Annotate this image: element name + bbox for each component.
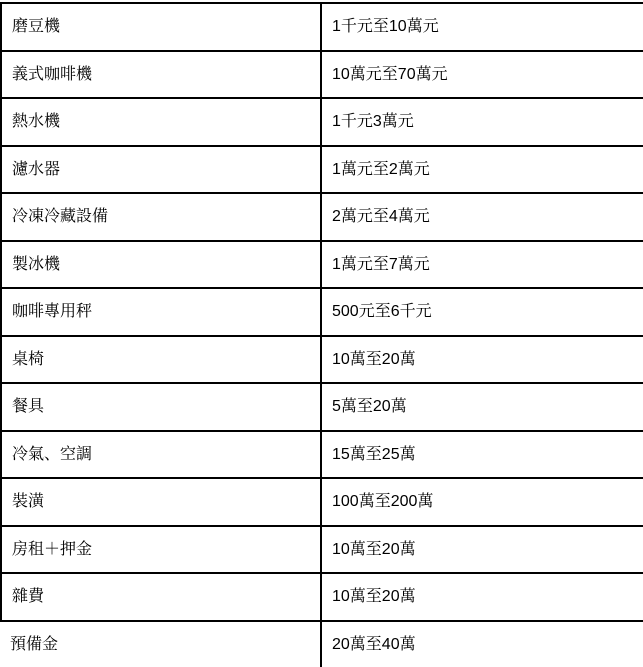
cost-value: 10萬至20萬 (332, 587, 416, 606)
table-row: 義式咖啡機 10萬元至70萬元 (0, 52, 643, 100)
table-row: 桌椅 10萬至20萬 (0, 337, 643, 385)
cost-value: 2萬元至4萬元 (332, 207, 430, 226)
table-row: 房租＋押金 10萬至20萬 (0, 527, 643, 575)
item-cell: 義式咖啡機 (2, 52, 322, 98)
item-label: 咖啡專用秤 (12, 302, 92, 321)
item-label: 雜費 (12, 587, 44, 606)
cost-value: 10萬元至70萬元 (332, 65, 448, 84)
item-label: 義式咖啡機 (12, 65, 92, 84)
item-cell: 桌椅 (2, 337, 322, 383)
cost-value: 20萬至40萬 (332, 635, 416, 654)
cost-value: 100萬至200萬 (332, 492, 433, 511)
cost-value: 1千元3萬元 (332, 112, 414, 131)
table-row: 磨豆機 1千元至10萬元 (0, 2, 643, 52)
item-cell: 房租＋押金 (2, 527, 322, 573)
table-row: 裝潢 100萬至200萬 (0, 479, 643, 527)
item-cell: 磨豆機 (2, 4, 322, 50)
item-cell: 熱水機 (2, 99, 322, 145)
cost-value: 15萬至25萬 (332, 445, 416, 464)
table-row: 預備金 20萬至40萬 (0, 622, 643, 667)
table-row: 咖啡專用秤 500元至6千元 (0, 289, 643, 337)
item-label: 熱水機 (12, 112, 60, 131)
cost-cell: 1千元至10萬元 (322, 4, 643, 50)
item-label: 製冰機 (12, 255, 60, 274)
cost-cell: 500元至6千元 (322, 289, 643, 335)
item-cell: 冷凍冷藏設備 (2, 194, 322, 240)
item-cell: 咖啡專用秤 (2, 289, 322, 335)
item-label: 濾水器 (12, 160, 60, 179)
item-label: 磨豆機 (12, 17, 60, 36)
cost-cell: 10萬至20萬 (322, 527, 643, 573)
cost-cell: 10萬至20萬 (322, 574, 643, 620)
cost-cell: 1千元3萬元 (322, 99, 643, 145)
cost-value: 1萬元至7萬元 (332, 255, 430, 274)
table-row: 冷凍冷藏設備 2萬元至4萬元 (0, 194, 643, 242)
cost-table: 磨豆機 1千元至10萬元 義式咖啡機 10萬元至70萬元 熱水機 1千元3萬元 … (0, 2, 643, 667)
item-label: 桌椅 (12, 350, 44, 369)
item-label: 冷凍冷藏設備 (12, 207, 108, 226)
cost-value: 10萬至20萬 (332, 540, 416, 559)
item-label: 房租＋押金 (12, 540, 92, 559)
cost-cell: 2萬元至4萬元 (322, 194, 643, 240)
cost-cell: 5萬至20萬 (322, 384, 643, 430)
cost-cell: 20萬至40萬 (322, 622, 643, 667)
table-row: 雜費 10萬至20萬 (0, 574, 643, 622)
cost-value: 5萬至20萬 (332, 397, 407, 416)
item-cell: 雜費 (2, 574, 322, 620)
item-cell: 冷氣、空調 (2, 432, 322, 478)
document-page: 磨豆機 1千元至10萬元 義式咖啡機 10萬元至70萬元 熱水機 1千元3萬元 … (0, 0, 643, 667)
item-label: 裝潢 (12, 492, 44, 511)
table-row: 餐具 5萬至20萬 (0, 384, 643, 432)
table-row: 冷氣、空調 15萬至25萬 (0, 432, 643, 480)
item-cell: 餐具 (2, 384, 322, 430)
table-row: 熱水機 1千元3萬元 (0, 99, 643, 147)
cost-value: 10萬至20萬 (332, 350, 416, 369)
cost-cell: 10萬元至70萬元 (322, 52, 643, 98)
cost-cell: 100萬至200萬 (322, 479, 643, 525)
item-cell: 濾水器 (2, 147, 322, 193)
cost-value: 500元至6千元 (332, 302, 432, 321)
item-cell: 預備金 (0, 622, 322, 667)
cost-cell: 10萬至20萬 (322, 337, 643, 383)
table-row: 製冰機 1萬元至7萬元 (0, 242, 643, 290)
cost-cell: 15萬至25萬 (322, 432, 643, 478)
cost-value: 1千元至10萬元 (332, 17, 439, 36)
item-cell: 製冰機 (2, 242, 322, 288)
item-label: 餐具 (12, 397, 44, 416)
item-label: 預備金 (10, 635, 58, 654)
table-row: 濾水器 1萬元至2萬元 (0, 147, 643, 195)
cost-cell: 1萬元至7萬元 (322, 242, 643, 288)
item-cell: 裝潢 (2, 479, 322, 525)
cost-value: 1萬元至2萬元 (332, 160, 430, 179)
item-label: 冷氣、空調 (12, 445, 92, 464)
cost-cell: 1萬元至2萬元 (322, 147, 643, 193)
